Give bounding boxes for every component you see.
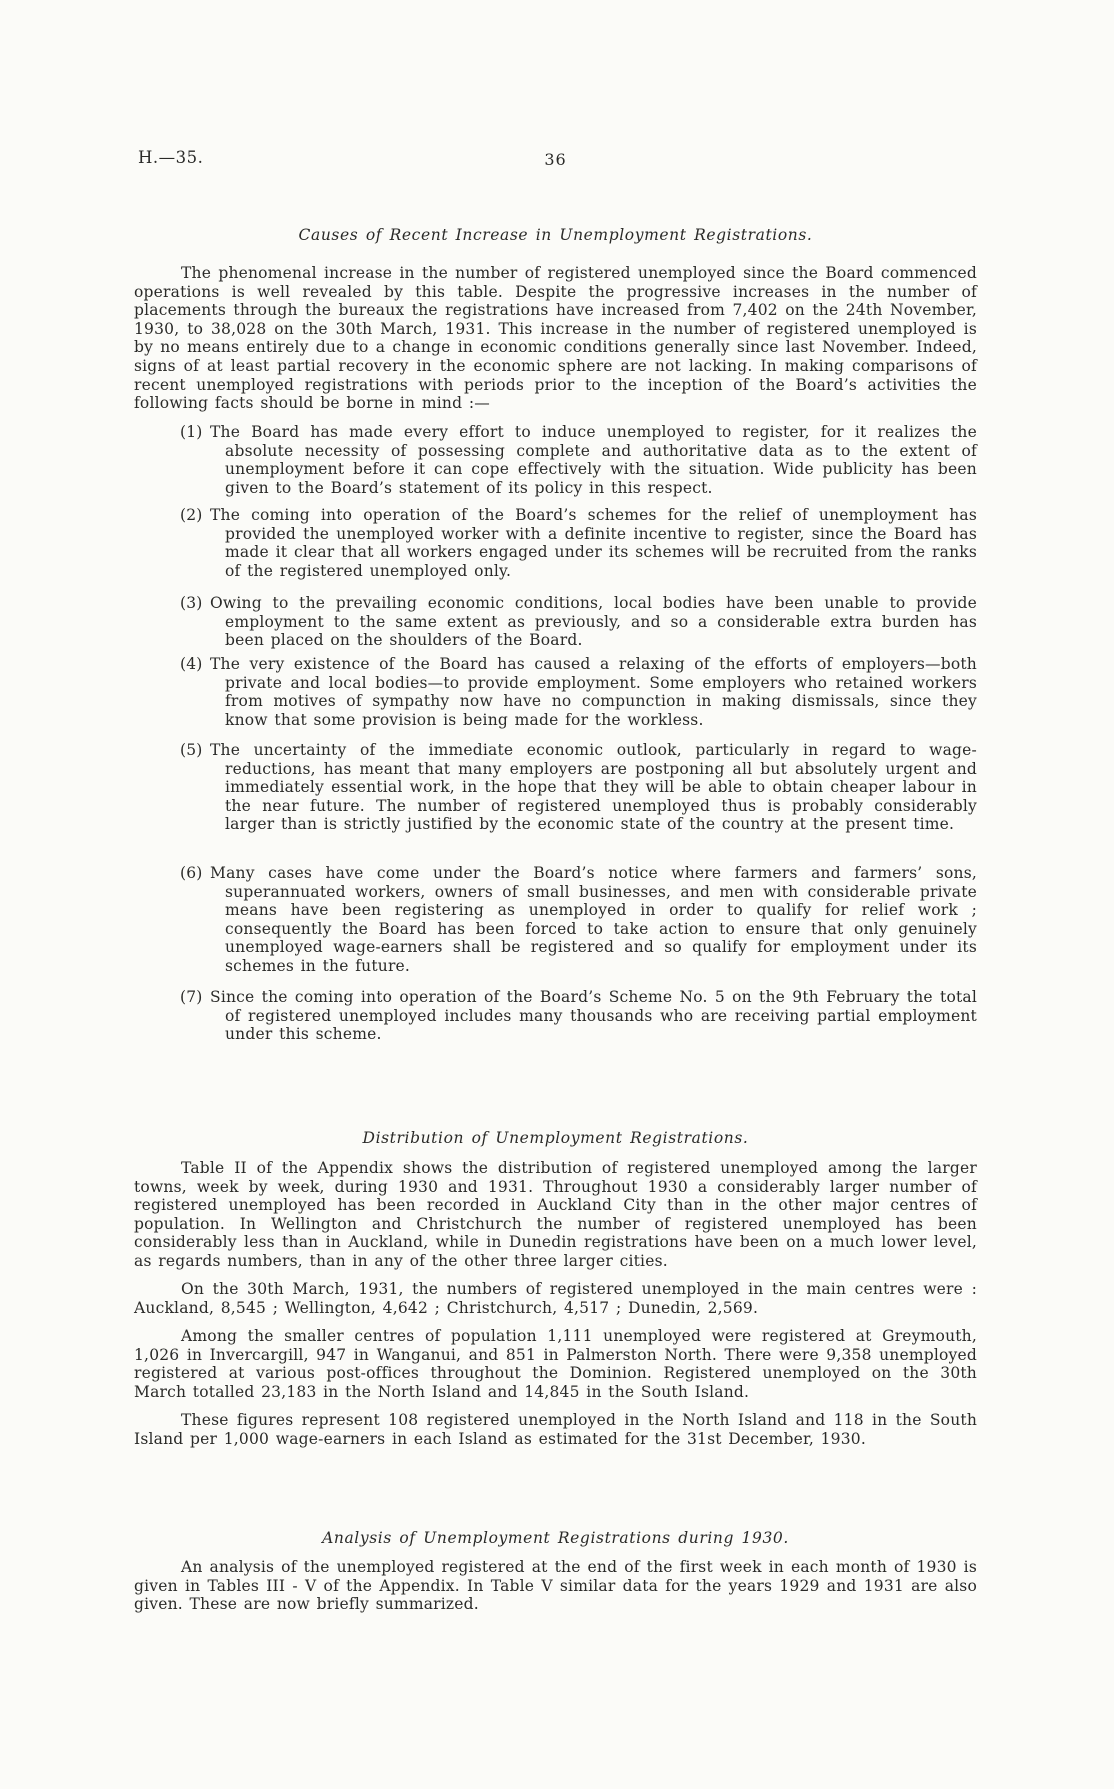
list-item-3: (3)Owing to the prevailing economic cond… [225, 594, 977, 650]
list-item-5-text: The uncertainty of the immediate economi… [210, 741, 977, 833]
paragraph-distribution-2: On the 30th March, 1931, the numbers of … [134, 1280, 977, 1317]
list-item-6-marker: (6) [180, 864, 203, 883]
list-item-4-marker: (4) [180, 655, 203, 674]
section-heading-causes: Causes of Recent Increase in Unemploymen… [134, 226, 977, 245]
list-item-3-text: Owing to the prevailing economic conditi… [210, 594, 977, 649]
list-item-1: (1)The Board has made every effort to in… [225, 423, 977, 497]
list-item-1-text: The Board has made every effort to induc… [210, 423, 977, 497]
list-item-2-text: The coming into operation of the Board’s… [210, 506, 977, 580]
list-item-7-text: Since the coming into operation of the B… [210, 988, 977, 1043]
section-heading-analysis: Analysis of Unemployment Registrations d… [134, 1529, 977, 1548]
section-heading-distribution: Distribution of Unemployment Registratio… [134, 1129, 977, 1148]
paragraph-distribution-3: Among the smaller centres of population … [134, 1327, 977, 1401]
list-item-5: (5)The uncertainty of the immediate econ… [225, 741, 977, 834]
document-page: H.—35. 36 Causes of Recent Increase in U… [0, 0, 1114, 1789]
list-item-4: (4)The very existence of the Board has c… [225, 655, 977, 729]
paragraph-causes-intro: The phenomenal increase in the number of… [134, 264, 977, 413]
page-number: 36 [134, 150, 977, 169]
list-item-5-marker: (5) [180, 741, 203, 760]
list-item-7: (7)Since the coming into operation of th… [225, 988, 977, 1044]
list-item-2-marker: (2) [180, 506, 203, 525]
list-item-3-marker: (3) [180, 594, 203, 613]
list-item-6: (6)Many cases have come under the Board’… [225, 864, 977, 976]
paragraph-distribution-4: These figures represent 108 registered u… [134, 1411, 977, 1448]
list-item-6-text: Many cases have come under the Board’s n… [210, 864, 977, 975]
list-item-7-marker: (7) [180, 988, 203, 1007]
list-item-2: (2)The coming into operation of the Boar… [225, 506, 977, 580]
list-item-4-text: The very existence of the Board has caus… [210, 655, 977, 729]
text-column: H.—35. 36 Causes of Recent Increase in U… [134, 0, 977, 1789]
paragraph-analysis-1: An analysis of the unemployed registered… [134, 1558, 977, 1614]
list-item-1-marker: (1) [180, 423, 203, 442]
paragraph-distribution-1: Table II of the Appendix shows the distr… [134, 1159, 977, 1271]
